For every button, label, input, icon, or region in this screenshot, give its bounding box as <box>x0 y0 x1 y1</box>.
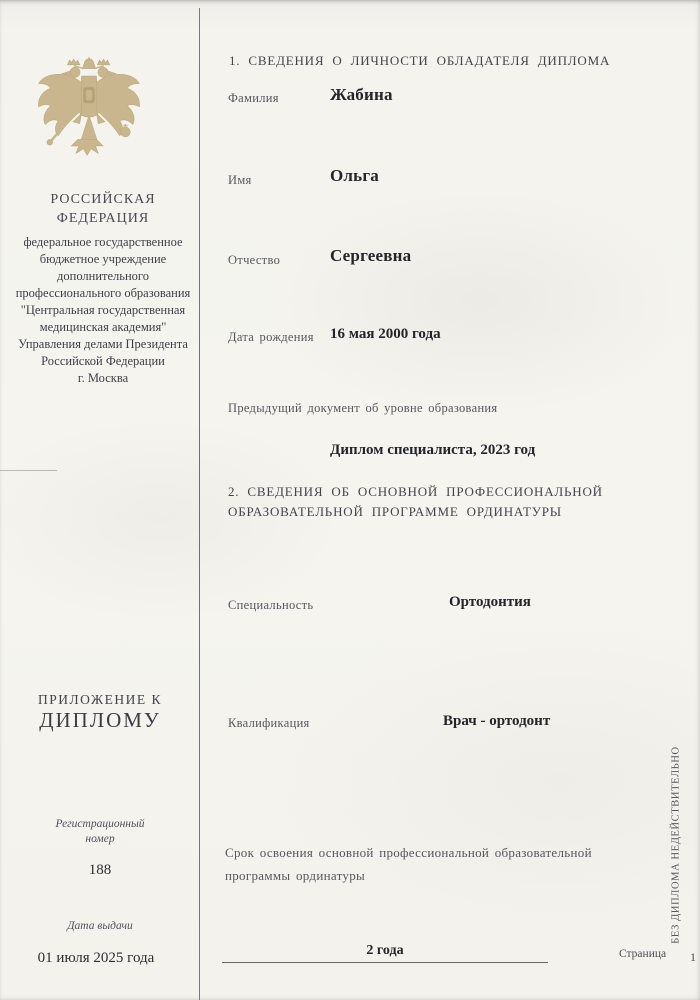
country-name-line1: РОССИЙСКАЯ <box>3 190 203 209</box>
surname-label: Фамилия <box>228 91 279 106</box>
institution-name-block: федеральное государственное бюджетное уч… <box>0 234 206 387</box>
surname-value: Жабина <box>330 85 393 105</box>
previous-document-label: Предыдущий документ об уровне образовани… <box>228 401 497 416</box>
institution-line: Российской Федерации <box>0 353 206 370</box>
qualification-label: Квалификация <box>228 716 310 731</box>
scan-crease-line <box>0 470 57 471</box>
duration-label-line1: Срок освоения основной профессиональной … <box>225 845 592 861</box>
duration-value: 2 года <box>222 943 548 959</box>
institution-line: бюджетное учреждение <box>0 251 206 268</box>
document-title-line1: ПРИЛОЖЕНИЕ К <box>0 692 200 708</box>
column-divider-line <box>199 8 200 1000</box>
duration-underline <box>222 962 548 963</box>
birth-date-label: Дата рождения <box>228 330 314 345</box>
patronymic-label: Отчество <box>228 253 280 268</box>
institution-line: Управления делами Президента <box>0 336 206 353</box>
institution-line: "Центральная государственная <box>0 302 206 319</box>
page-label: Страница <box>619 948 666 960</box>
institution-line: профессионального образования <box>0 285 206 302</box>
edge-watermark-text: БЕЗ ДИПЛОМА НЕДЕЙСТВИТЕЛЬНО <box>671 746 682 943</box>
specialty-value: Ортодонтия <box>449 594 531 611</box>
previous-document-value: Диплом специалиста, 2023 год <box>330 442 535 459</box>
section2-heading-line2: ОБРАЗОВАТЕЛЬНОЙ ПРОГРАММЕ ОРДИНАТУРЫ <box>228 502 562 522</box>
registration-number-label-line2: номер <box>0 833 200 845</box>
section1-heading: 1. СВЕДЕНИЯ О ЛИЧНОСТИ ОБЛАДАТЕЛЯ ДИПЛОМ… <box>229 51 610 71</box>
diploma-supplement-page: РОССИЙСКАЯ ФЕДЕРАЦИЯ федеральное государ… <box>0 0 700 1000</box>
institution-line: дополнительного <box>0 268 206 285</box>
section2-heading-line1: 2. СВЕДЕНИЯ ОБ ОСНОВНОЙ ПРОФЕССИОНАЛЬНОЙ <box>228 482 603 502</box>
duration-label-line2: программы ординатуры <box>225 868 365 884</box>
institution-line: медицинская академия" <box>0 319 206 336</box>
document-title-line2: ДИПЛОМУ <box>0 708 200 733</box>
specialty-label: Специальность <box>228 598 313 613</box>
patronymic-value: Сергеевна <box>330 246 411 266</box>
russian-coat-of-arms-icon <box>33 53 145 183</box>
issue-date-value: 01 июля 2025 года <box>0 950 196 967</box>
qualification-value: Врач - ортодонт <box>443 713 550 730</box>
issue-date-label: Дата выдачи <box>0 920 200 932</box>
page-number: 1 <box>690 950 696 965</box>
country-name-line2: ФЕДЕРАЦИЯ <box>3 209 203 228</box>
registration-number-value: 188 <box>0 862 200 879</box>
first-name-label: Имя <box>228 173 252 188</box>
registration-number-label-line1: Регистрационный <box>0 818 200 830</box>
institution-line: г. Москва <box>0 370 206 387</box>
first-name-value: Ольга <box>330 166 379 186</box>
birth-date-value: 16 мая 2000 года <box>330 326 441 343</box>
institution-line: федеральное государственное <box>0 234 206 251</box>
